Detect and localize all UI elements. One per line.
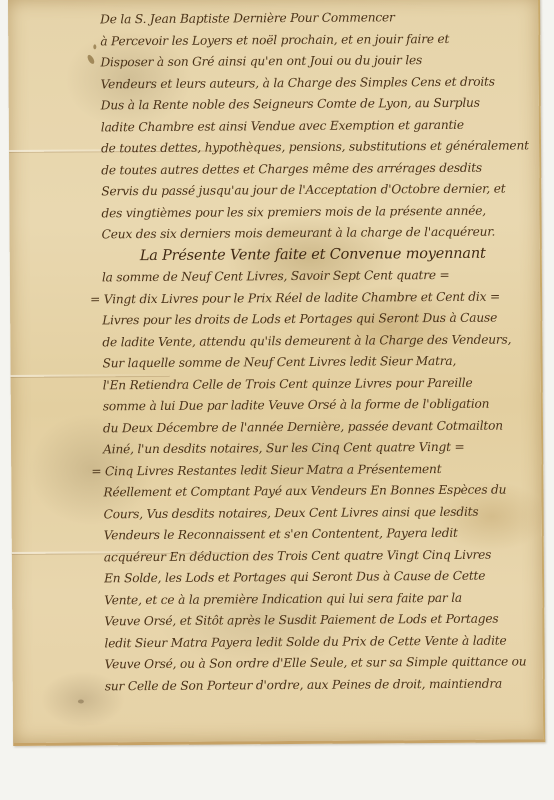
text-line: De la S. Jean Baptiste Dernière Pour Com… (100, 6, 530, 31)
text-line: du Deux Décembre de l'année Dernière, pa… (103, 415, 533, 440)
ink-blot (86, 54, 95, 65)
text-line: à Percevoir les Loyers et noël prochain,… (100, 28, 530, 53)
handwritten-text-block: De la S. Jean Baptiste Dernière Pour Com… (100, 6, 535, 697)
text-line: des vingtièmes pour les six premiers moi… (101, 200, 531, 225)
text-line: Servis du passé jusqu'au jour de l'Accep… (101, 178, 531, 203)
manuscript-page: De la S. Jean Baptiste Dernière Pour Com… (8, 0, 545, 746)
ink-blot (93, 44, 96, 49)
section-heading-line: La Présente Vente faite et Convenue moye… (102, 243, 532, 268)
text-line: Veuve Orsé, ou à Son ordre d'Elle Seule,… (105, 651, 535, 676)
text-line: En Solde, les Lods et Portages qui Seron… (104, 565, 534, 590)
text-line: de toutes autres dettes et Charges même … (101, 157, 531, 182)
text-line: Disposer à son Gré ainsi qu'en ont Joui … (100, 49, 530, 74)
text-line: de ladite Vente, attendu qu'ils demeuren… (102, 329, 532, 354)
text-line: Sur laquelle somme de Neuf Cent Livres l… (102, 350, 532, 375)
text-line: Cours, Vus desdits notaires, Deux Cent L… (104, 501, 534, 526)
text-line: Vendeurs et leurs auteurs, à la Charge d… (101, 71, 531, 96)
text-line: Vente, et ce à la première Indication qu… (104, 587, 534, 612)
text-line: Ceux des six derniers mois demeurant à l… (102, 221, 532, 246)
text-line: somme à lui Due par ladite Veuve Orsé à … (103, 393, 533, 418)
text-line: l'En Retiendra Celle de Trois Cent quinz… (103, 372, 533, 397)
text-line: la somme de Neuf Cent Livres, Savoir Sep… (102, 264, 532, 289)
text-line: Réellement et Comptant Payé aux Vendeurs… (103, 479, 533, 504)
text-line: sur Celle de Son Porteur d'ordre, aux Pe… (105, 673, 535, 698)
text-line: Vendeurs le Reconnaissent et s'en Conten… (104, 522, 534, 547)
text-line: = Cinq Livres Restantes ledit Sieur Matr… (91, 458, 533, 483)
text-line: = Vingt dix Livres pour le Prix Réel de … (90, 286, 532, 311)
text-line: Livres pour les droits de Lods et Portag… (102, 307, 532, 332)
text-line: de toutes dettes, hypothèques, pensions,… (101, 135, 531, 160)
text-line: ladite Chambre est ainsi Vendue avec Exe… (101, 114, 531, 139)
text-line: ledit Sieur Matra Payera ledit Solde du … (104, 630, 534, 655)
stain-mark (78, 699, 84, 703)
text-line: acquéreur En déduction des Trois Cent qu… (104, 544, 534, 569)
text-line: Veuve Orsé, et Sitôt après le Susdit Pai… (104, 608, 534, 633)
text-line: Ainé, l'un desdits notaires, Sur les Cin… (103, 436, 533, 461)
text-line: Dus à la Rente noble des Seigneurs Comte… (101, 92, 531, 117)
